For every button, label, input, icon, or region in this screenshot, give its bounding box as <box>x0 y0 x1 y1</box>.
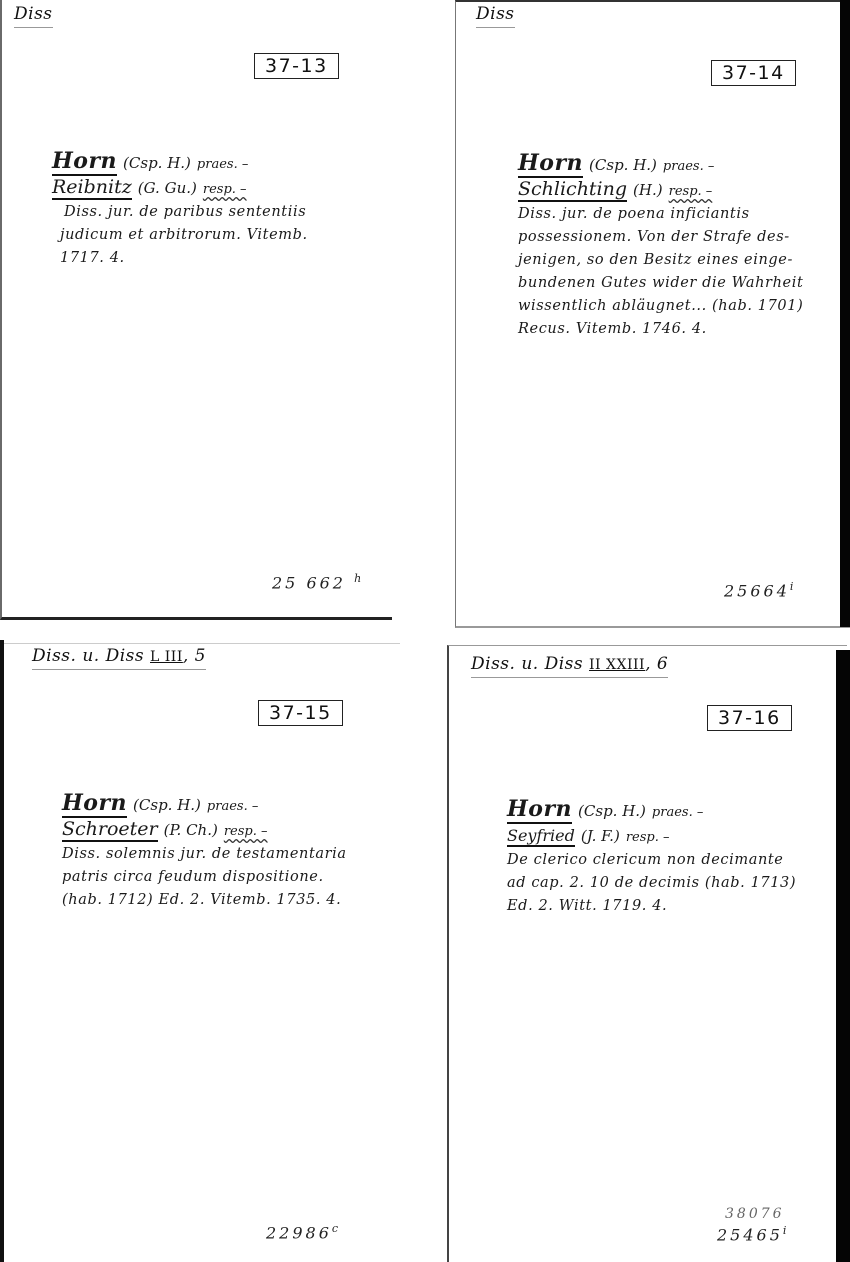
praeses-line: Horn(Csp. H.)praes. – <box>52 150 308 176</box>
praeses-name: Horn <box>507 796 572 824</box>
scan-edge <box>836 650 850 1262</box>
respondent-role: resp. – <box>203 182 247 197</box>
corner-note: Diss <box>476 4 515 28</box>
respondent-role: resp. – <box>669 184 713 199</box>
respondent-line: Seyfried(J. F.)resp. – <box>507 824 796 849</box>
body-line: judicum et arbitrorum. Vitemb. <box>52 224 308 247</box>
respondent-line: Schroeter(P. Ch.)resp. – <box>62 818 347 843</box>
scan-edge <box>0 640 4 1262</box>
respondent-role: resp. – <box>224 824 268 839</box>
accession-number: 25 662 h <box>272 572 361 592</box>
corner-note-suffix: , 6 <box>645 654 668 674</box>
call-number: 37-15 <box>258 700 343 726</box>
body-line: Recus. Vitemb. 1746. 4. <box>518 318 803 341</box>
catalog-entry: Horn(Csp. H.)praes. – Reibnitz(G. Gu.)re… <box>52 150 308 270</box>
body-line: ad cap. 2. 10 de decimis (hab. 1713) <box>507 872 796 895</box>
respondent-name: Schlichting <box>518 178 627 202</box>
accession-value: 25 662 <box>272 573 346 592</box>
body-line: Diss. jur. de poena inficiantis <box>518 203 803 226</box>
praeses-initials: (Csp. H.) <box>589 156 657 174</box>
respondent-initials: (P. Ch.) <box>164 821 218 839</box>
corner-note-text: Diss. u. Diss <box>32 646 144 666</box>
respondent-name: Reibnitz <box>52 176 132 200</box>
corner-note: Diss <box>14 4 53 28</box>
body-line: 1717. 4. <box>52 247 308 270</box>
body-line: Diss. solemnis jur. de testamentaria <box>62 843 347 866</box>
praeses-initials: (Csp. H.) <box>578 802 646 820</box>
body-line: jenigen, so den Besitz eines einge- <box>518 249 803 272</box>
corner-note-suffix: , 5 <box>183 646 206 666</box>
praeses-name: Horn <box>52 148 117 176</box>
praeses-name: Horn <box>62 790 127 818</box>
call-number: 37-13 <box>254 53 339 79</box>
body-line: patris circa feudum dispositione. <box>62 866 347 889</box>
accession-value: 25664 <box>724 581 790 600</box>
respondent-line: Reibnitz(G. Gu.)resp. – <box>52 176 308 201</box>
body-line: wissentlich abläugnet... (hab. 1701) <box>518 295 803 318</box>
corner-note: Diss. u. Diss II XXIII, 6 <box>471 654 668 678</box>
call-number: 37-14 <box>711 60 796 86</box>
accession-value: 25465 <box>717 1225 783 1244</box>
respondent-line: Schlichting(H.)resp. – <box>518 178 803 203</box>
accession-suffix: i <box>783 1224 787 1237</box>
corner-note: Diss. u. Diss L III, 5 <box>32 646 206 670</box>
praeses-role: praes. – <box>207 799 258 814</box>
body-line: bundenen Gutes wider die Wahrheit <box>518 272 803 295</box>
accession-number: 25465i <box>717 1224 786 1244</box>
catalog-card-37-16: Diss. u. Diss II XXIII, 6 37-16 Horn(Csp… <box>447 645 847 1262</box>
praeses-initials: (Csp. H.) <box>133 796 201 814</box>
body-line: Ed. 2. Witt. 1719. 4. <box>507 895 796 918</box>
corner-note-roman: L III <box>150 649 183 665</box>
body-line: Diss. jur. de paribus sententiis <box>52 201 308 224</box>
accession-value: 22986 <box>266 1223 332 1242</box>
scan-edge <box>840 0 850 627</box>
praeses-initials: (Csp. H.) <box>123 154 191 172</box>
respondent-initials: (G. Gu.) <box>138 179 197 197</box>
corner-note-text: Diss. u. Diss <box>471 654 583 674</box>
call-number: 37-16 <box>707 705 792 731</box>
praeses-name: Horn <box>518 150 583 178</box>
praeses-line: Horn(Csp. H.)praes. – <box>62 792 347 818</box>
accession-suffix: i <box>790 580 794 593</box>
praeses-role: praes. – <box>663 159 714 174</box>
praeses-line: Horn(Csp. H.)praes. – <box>518 152 803 178</box>
accession-suffix: h <box>354 572 361 585</box>
respondent-name: Schroeter <box>62 818 158 842</box>
respondent-name: Seyfried <box>507 826 575 847</box>
catalog-card-37-13: Diss 37-13 Horn(Csp. H.)praes. – Reibnit… <box>0 0 392 620</box>
praeses-line: Horn(Csp. H.)praes. – <box>507 798 796 824</box>
catalog-card-37-14: Diss 37-14 Horn(Csp. H.)praes. – Schlich… <box>455 0 850 628</box>
accession-extra-number: 38076 <box>725 1206 785 1222</box>
accession-number: 25664i <box>724 580 793 600</box>
catalog-entry: Horn(Csp. H.)praes. – Schlichting(H.)res… <box>518 152 803 341</box>
respondent-role: resp. – <box>626 830 670 845</box>
respondent-initials: (H.) <box>633 181 663 199</box>
corner-note-roman: II XXIII <box>589 657 645 673</box>
catalog-entry: Horn(Csp. H.)praes. – Schroeter(P. Ch.)r… <box>62 792 347 912</box>
catalog-card-37-15: Diss. u. Diss L III, 5 37-15 Horn(Csp. H… <box>0 643 400 1262</box>
body-line: (hab. 1712) Ed. 2. Vitemb. 1735. 4. <box>62 889 347 912</box>
praeses-role: praes. – <box>197 157 248 172</box>
catalog-entry: Horn(Csp. H.)praes. – Seyfried(J. F.)res… <box>507 798 796 918</box>
body-line: De clerico clericum non decimante <box>507 849 796 872</box>
accession-suffix: c <box>332 1222 338 1235</box>
body-line: possessionem. Von der Strafe des- <box>518 226 803 249</box>
praeses-role: praes. – <box>652 805 703 820</box>
respondent-initials: (J. F.) <box>581 827 620 845</box>
accession-number: 22986c <box>266 1222 338 1242</box>
